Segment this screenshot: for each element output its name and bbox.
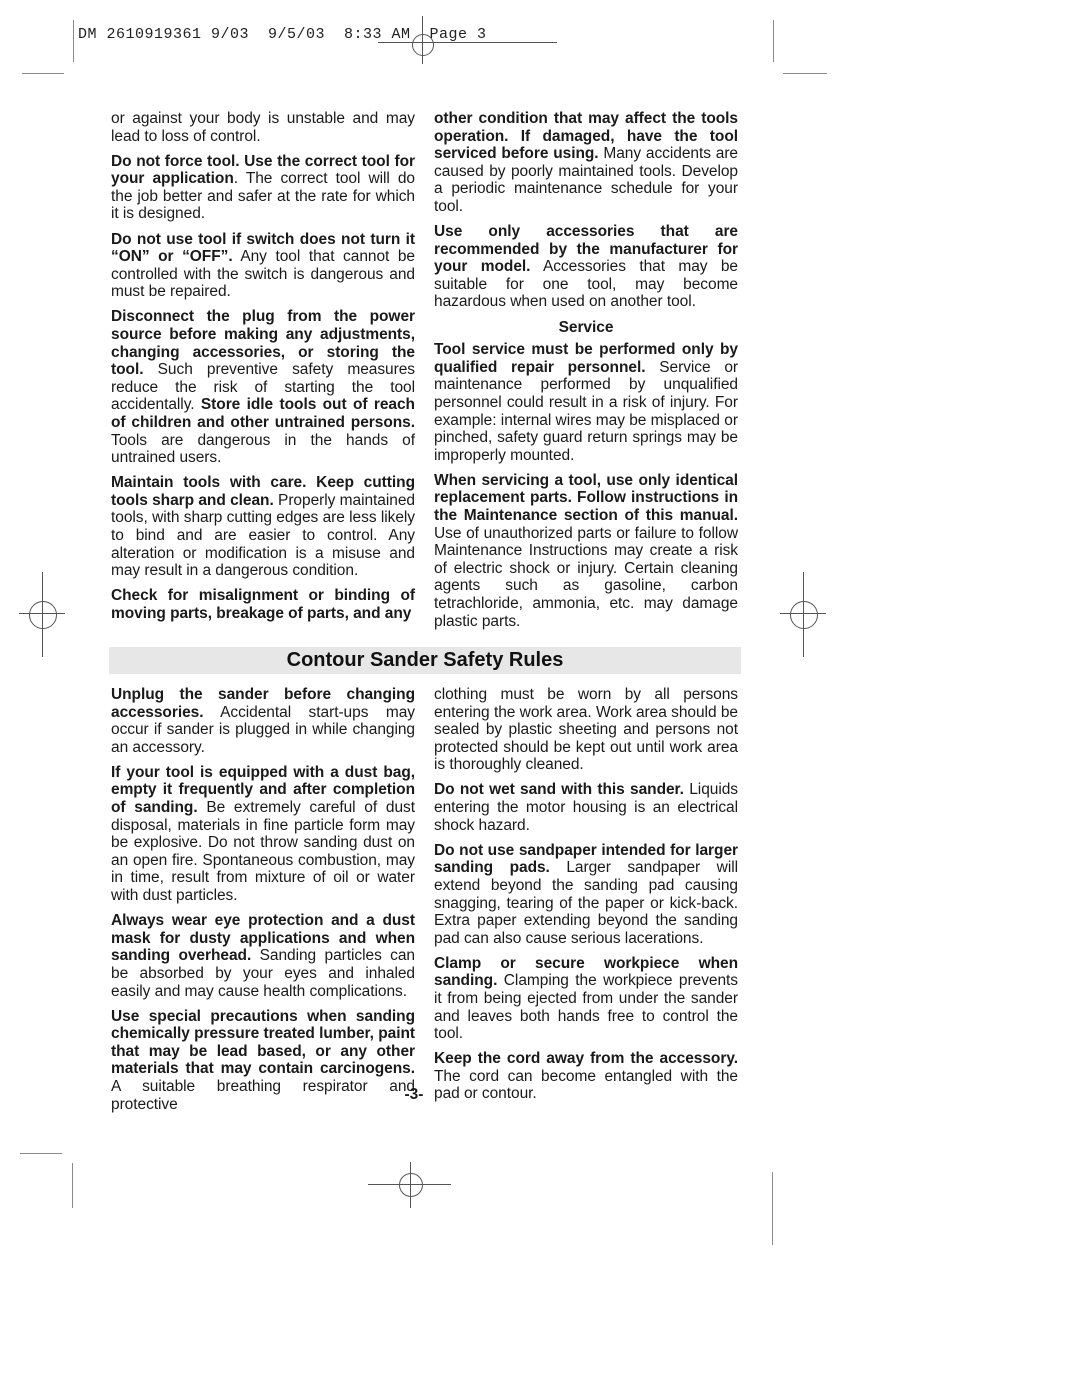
crop-mark-icon [783, 73, 827, 74]
crop-mark-icon [772, 1172, 773, 1245]
service-section-heading: Service [434, 319, 738, 337]
safety-paragraph: clothing must be worn by all persons ent… [434, 686, 738, 774]
general-safety-section: or against your body is unstable and may… [111, 110, 743, 638]
safety-paragraph: Do not force tool. Use the correct tool … [111, 153, 415, 223]
safety-paragraph: other condition that may affect the tool… [434, 110, 738, 216]
safety-paragraph: Check for misalignment or binding of mov… [111, 587, 415, 622]
safety-paragraph: Disconnect the plug from the power sourc… [111, 308, 415, 466]
crop-mark-icon [22, 73, 64, 74]
safety-paragraph: Do not use tool if switch does not turn … [111, 231, 415, 301]
column-top-left: or against your body is unstable and may… [111, 110, 415, 638]
manual-page-scan: DM 2610919361 9/03 9/5/03 8:33 AM Page 3… [0, 0, 1080, 1397]
registration-mark-circle [29, 601, 57, 629]
safety-paragraph: When servicing a tool, use only identica… [434, 472, 738, 630]
safety-paragraph: or against your body is unstable and may… [111, 110, 415, 145]
crop-mark-icon [72, 1163, 73, 1208]
crop-mark-icon [773, 20, 774, 62]
safety-paragraph: Maintain tools with care. Keep cutting t… [111, 474, 415, 580]
banner-title: Contour Sander Safety Rules [287, 649, 564, 671]
safety-paragraph: Unplug the sander before changing access… [111, 686, 415, 756]
registration-mark-circle [412, 34, 434, 56]
contour-sander-rules-section: Unplug the sander before changing access… [111, 686, 743, 1121]
page-number: -3- [98, 1086, 730, 1104]
safety-paragraph: Do not use sandpaper intended for larger… [434, 842, 738, 948]
column-bottom-right: clothing must be worn by all persons ent… [434, 686, 738, 1121]
safety-paragraph: If your tool is equipped with a dust bag… [111, 764, 415, 905]
safety-paragraph: Do not wet sand with this sander. Liquid… [434, 781, 738, 834]
crop-mark-icon [73, 20, 74, 62]
registration-mark-circle [790, 601, 818, 629]
column-top-right: other condition that may affect the tool… [434, 110, 738, 638]
safety-paragraph: Use only accessories that are recommende… [434, 223, 738, 311]
crop-mark-icon [20, 1153, 62, 1154]
registration-mark-circle [399, 1173, 423, 1197]
safety-paragraph: Always wear eye protection and a dust ma… [111, 912, 415, 1000]
registration-mark-hline [378, 42, 557, 43]
section-banner: Contour Sander Safety Rules [109, 647, 741, 674]
column-bottom-left: Unplug the sander before changing access… [111, 686, 415, 1121]
safety-paragraph: Tool service must be performed only by q… [434, 341, 738, 464]
safety-paragraph: Clamp or secure workpiece when sanding. … [434, 955, 738, 1043]
